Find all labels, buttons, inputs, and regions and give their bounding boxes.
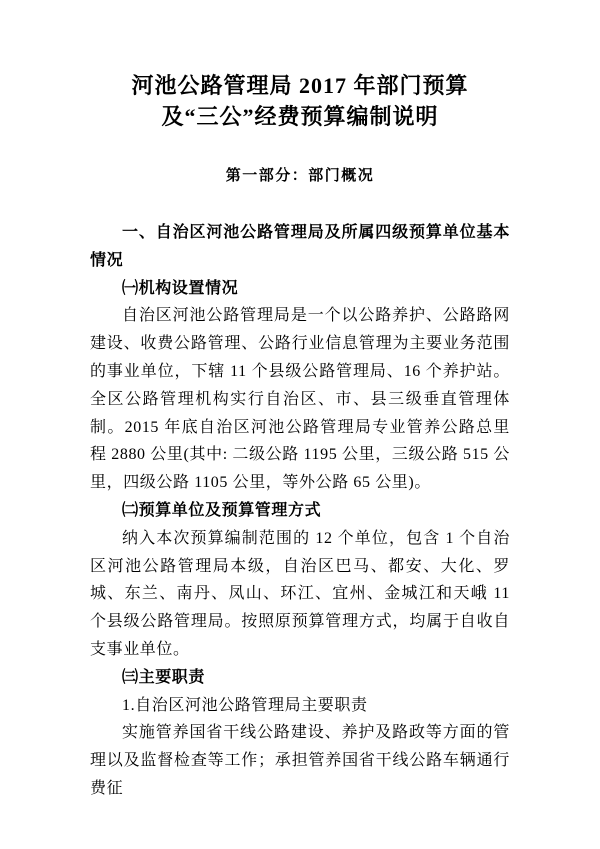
- subsection-2-heading: ㈡预算单位及预算管理方式: [90, 497, 510, 525]
- document-page: 河池公路管理局 2017 年部门预算 及“三公”经费预算编制说明 第一部分：部门…: [0, 0, 600, 849]
- subsection-1-heading: ㈠机构设置情况: [90, 275, 510, 303]
- subsection-2-paragraph: 纳入本次预算编制范围的 12 个单位，包含 1 个自治区河池公路管理局本级，自治…: [90, 525, 510, 664]
- document-title: 河池公路管理局 2017 年部门预算 及“三公”经费预算编制说明: [0, 70, 600, 132]
- subsection-1-paragraph: 自治区河池公路管理局是一个以公路养护、公路路网建设、收费公路管理、公路行业信息管…: [90, 302, 510, 497]
- subsection-3-paragraph: 实施管养国省干线公路建设、养护及路政等方面的管理以及监督检查等工作；承担管养国省…: [90, 719, 510, 802]
- document-title-line1: 河池公路管理局 2017 年部门预算: [0, 70, 600, 101]
- part-heading: 第一部分：部门概况: [0, 164, 600, 185]
- section-1-title: 一、自治区河池公路管理局及所属四级预算单位基本情况: [90, 219, 510, 275]
- subsection-3-heading: ㈢主要职责: [90, 664, 510, 692]
- subsection-3-item-1: 1.自治区河池公路管理局主要职责: [90, 692, 510, 720]
- document-body: 一、自治区河池公路管理局及所属四级预算单位基本情况 ㈠机构设置情况 自治区河池公…: [90, 219, 510, 803]
- document-title-line2: 及“三公”经费预算编制说明: [0, 101, 600, 132]
